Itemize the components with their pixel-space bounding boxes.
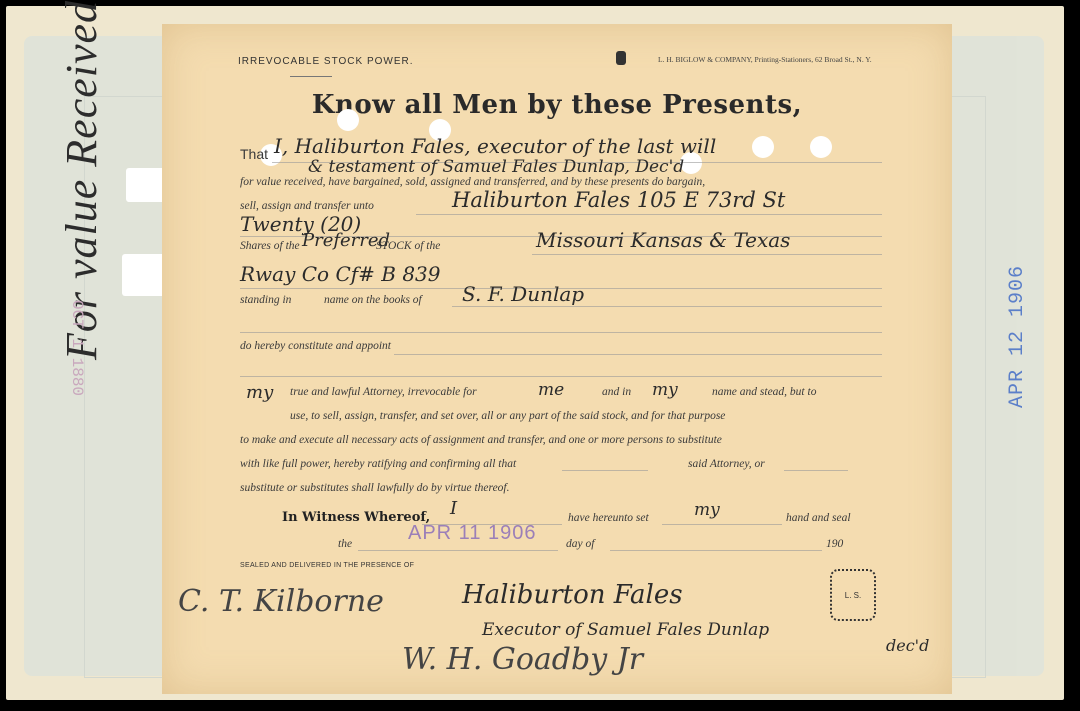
stock-of-the-label: STOCK of the [376,240,440,252]
form-title: Know all Men by these Presents, [162,90,952,120]
company-name-line-1: Missouri Kansas & Texas [536,228,790,252]
substitute-text: substitute or substitutes shall lawfully… [240,482,510,494]
tape-mark [126,168,166,202]
tape-mark [122,254,166,296]
day-of-label: day of [566,538,594,550]
said-attorney-text: said Attorney, or [688,458,765,470]
name-stead-text: name and stead, but to [712,386,816,398]
the-label: the [338,538,352,550]
transferee-name: Haliburton Fales 105 E 73rd St [452,188,785,212]
name-on-books-label: name on the books of [324,294,422,306]
hand-my-1: my [246,382,273,403]
true-lawful-text: true and lawful Attorney, irrevocable fo… [290,386,477,398]
have-hereunto-text: have hereunto set [568,512,649,524]
and-in-text: and in [602,386,631,398]
witness-signature-goadby: W. H. Goadby Jr [402,642,643,677]
grantor-line-2: & testament of Samuel Fales Dunlap, Dec'… [308,157,684,177]
standing-in-label: standing in [240,294,291,306]
hand-my-3: my [694,500,720,520]
year-prefix: 190 [826,538,843,550]
sell-assign-text: sell, assign and transfer unto [240,200,374,212]
fill-line [358,550,558,551]
divider [290,76,332,77]
fill-line [416,214,882,215]
fill-line [662,524,782,525]
seal-label: L. S. [845,591,861,600]
registered-holder: S. F. Dunlap [462,282,584,306]
printer-logo-icon [616,51,626,65]
deceased-annotation: dec'd [886,636,929,655]
cancellation-hole [752,136,774,158]
execution-date-stamp: APR 11 1906 [408,522,537,545]
executor-title-handwritten: Executor of Samuel Fales Dunlap [482,620,769,640]
cancellation-hole [337,109,359,131]
principal-signature: Haliburton Fales [462,580,683,610]
shares-of-the-label: Shares of the [240,240,300,252]
hand-seal-text: hand and seal [786,512,851,524]
fill-line [240,376,882,377]
fill-line [532,254,882,255]
sealed-delivered-label: SEALED AND DELIVERED IN THE PRESENCE OF [240,562,414,569]
grantor-line-1: I, Haliburton Fales, executor of the las… [274,134,716,158]
cancellation-hole [810,136,832,158]
stock-power-form: IRREVOCABLE STOCK POWER. L. H. BIGLOW & … [162,24,952,694]
fill-line [452,306,882,307]
receipt-date-stamp: APR 12 1906 [1006,265,1029,408]
fill-line [240,332,882,333]
fill-line [562,470,648,471]
hand-me: me [538,380,564,400]
transfer-date-stamp: OCT 1 1880 [68,300,86,396]
fill-line [784,470,848,471]
with-like-text: with like full power, hereby ratifying a… [240,458,516,470]
use-to-sell-text: use, to sell, assign, transfer, and set … [290,410,725,422]
to-make-text: to make and execute all necessary acts o… [240,434,722,446]
constitute-appoint-text: do hereby constitute and appoint [240,340,391,352]
hand-i: I [450,498,457,519]
witness-signature-kilborne: C. T. Kilborne [178,584,384,619]
hand-my-2: my [652,380,678,400]
printer-credit: L. H. BIGLOW & COMPANY, Printing-Station… [658,55,872,64]
company-name-line-2: Rway Co Cf# B 839 [240,262,441,286]
fill-line [394,354,882,355]
that-label: That [240,146,268,162]
form-type-label: IRREVOCABLE STOCK POWER. [238,56,414,67]
fill-line [610,550,822,551]
locus-sigilli-seal: L. S. [830,569,876,621]
for-value-text: for value received, have bargained, sold… [240,176,705,188]
